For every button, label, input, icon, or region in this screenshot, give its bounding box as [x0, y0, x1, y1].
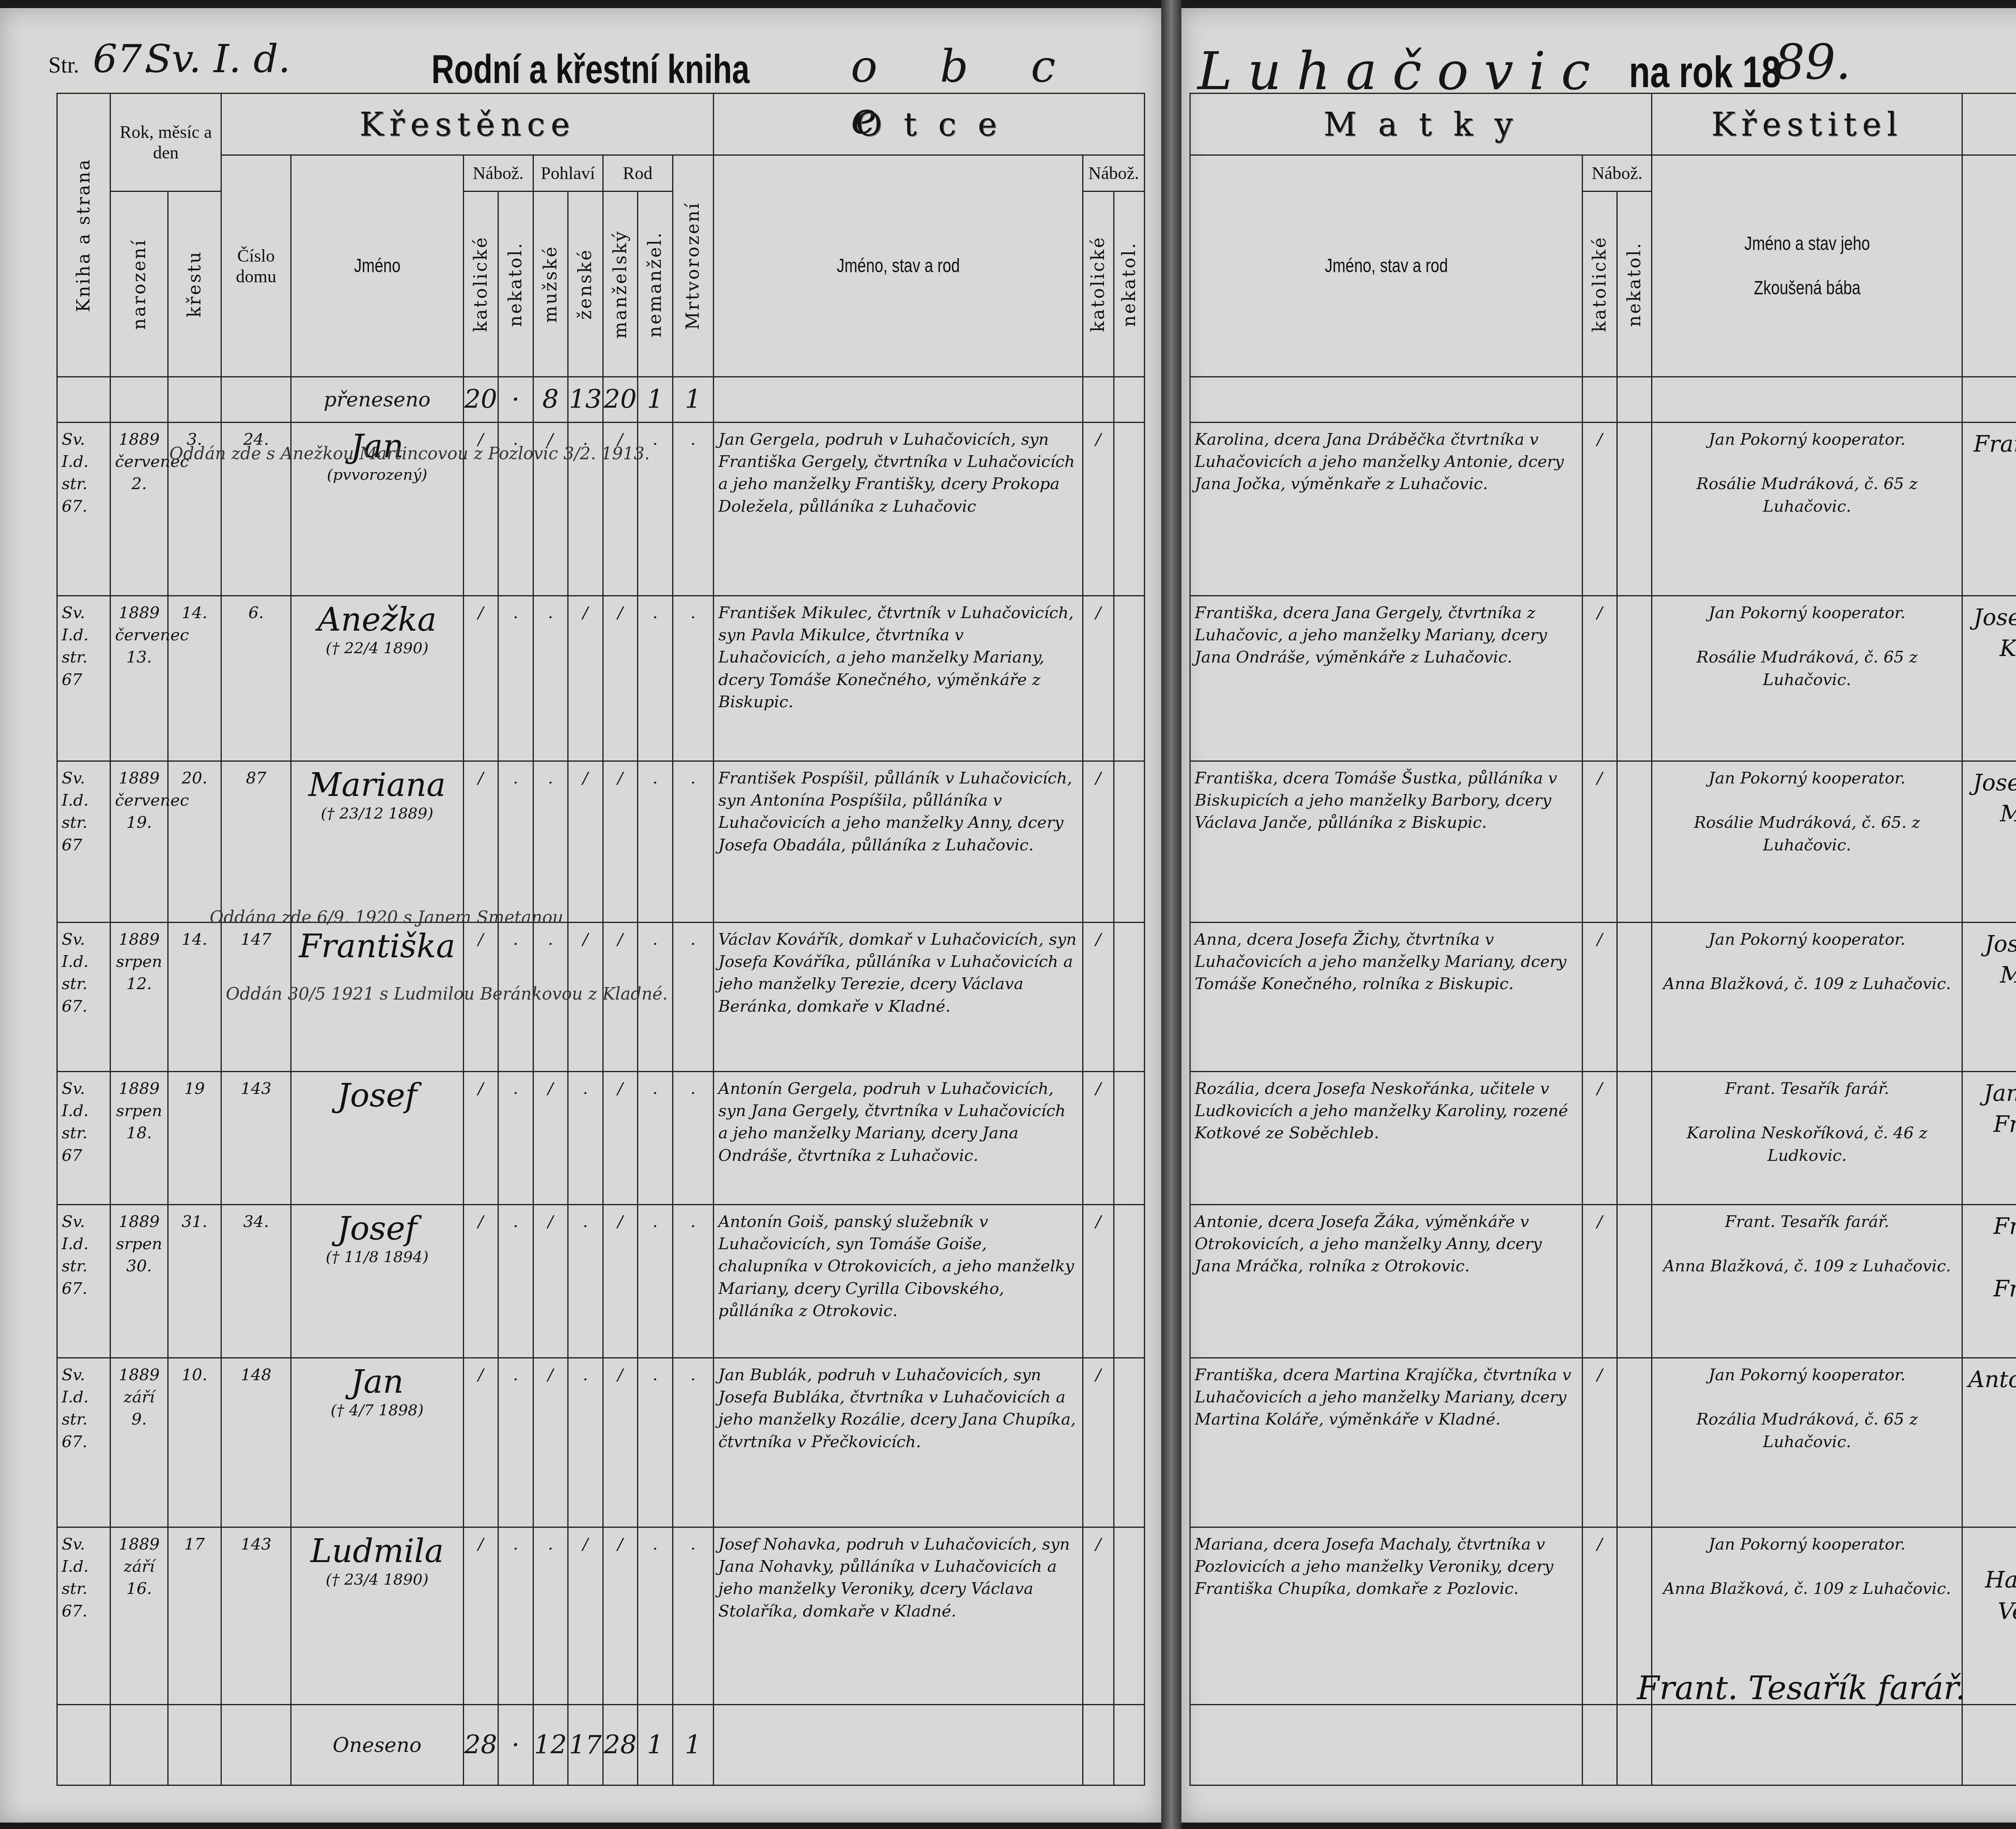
- carried-over-label: přeneseno: [291, 377, 463, 423]
- header-narozeni: narození: [110, 192, 168, 377]
- entry-mrtvorozeni: .: [673, 923, 714, 1072]
- header-kmotr-jmeno: Jméno: [1979, 155, 2016, 377]
- left-register-table: Kniha a strana Rok, měsíc a den Křestěnc…: [56, 93, 1145, 1786]
- entry-mother-katolicke: /: [1582, 423, 1617, 596]
- entry-baptism-day: 19: [168, 1072, 221, 1205]
- entry-mother: Františka, dcera Martina Krajíčka, čtvrt…: [1190, 1358, 1583, 1527]
- entry-kniha: Sv. I.d. str. 67: [57, 596, 110, 761]
- header-matky-jmeno-stav-rod: Jméno, stav a rod: [1229, 155, 1543, 377]
- entry-nekatol: .: [498, 761, 533, 923]
- entry-muzske: .: [533, 761, 568, 923]
- carried-nekatol: ·: [498, 377, 533, 423]
- entry-birth: 1889červenec19.: [110, 761, 168, 923]
- entry-baptizer: Jan Pokorný kooperator.Rosálie Mudráková…: [1652, 596, 1962, 761]
- entry-row: Sv. I.d. str. 67. 1889září16. 17 143 Lud…: [57, 1527, 1145, 1705]
- entry-baptizer: Frant. Tesařík farář.Karolina Neskoříkov…: [1652, 1072, 1962, 1205]
- year-label: na rok 18: [1629, 46, 1781, 98]
- entry-mother-katolicke: /: [1582, 1527, 1617, 1705]
- entry-kniha: Sv. I.d. str. 67.: [57, 1358, 110, 1527]
- carried-manzelsky: 20: [603, 377, 638, 423]
- entry-kniha: Sv. I.d. str. 67.: [57, 1527, 110, 1705]
- header-krestu: křestu: [168, 192, 221, 377]
- entry-row-right: Antonie, dcera Josefa Žáka, výměnkáře v …: [1190, 1205, 2016, 1358]
- carried-zenske: 13: [568, 377, 603, 423]
- header-otce-katolicke: katolické: [1083, 192, 1114, 377]
- header-rok-mesic-den: Rok, měsíc a den: [110, 94, 221, 192]
- header-krestitel-sub: Jméno a stav jehoZkoušená bába: [1683, 155, 1931, 377]
- header-kmotruv: Kmotrův: [1962, 94, 2016, 155]
- header-kniha-strana: Kniha a strana: [57, 94, 110, 377]
- entry-katolicke: /: [463, 1205, 498, 1358]
- entry-mother: Karolina, dcera Jana Dráběčka čtvrtníka …: [1190, 423, 1583, 596]
- entry-katolicke: /: [463, 1072, 498, 1205]
- header-rod: Rod: [603, 155, 673, 192]
- entry-baptizer: Jan Pokorný kooperator.Anna Blažková, č.…: [1652, 923, 1962, 1072]
- header-matky-naboz: Nábož.: [1582, 155, 1652, 192]
- entry-nekatol: .: [498, 596, 533, 761]
- entry-father: František Pospíšil, půlláník v Luhačovic…: [714, 761, 1083, 923]
- entry-manzelsky: /: [603, 1205, 638, 1358]
- book-title: Rodní a křestní kniha: [431, 46, 750, 93]
- header-krestence: Křestěnce: [221, 94, 714, 155]
- entry-row-right: Rozália, dcera Josefa Neskořánka, učitel…: [1190, 1072, 2016, 1205]
- entry-father-katolicke: /: [1083, 1358, 1114, 1527]
- entry-baptism-day: 14.: [168, 596, 221, 761]
- entry-father: Václav Kovářík, domkař v Luhačovicích, s…: [714, 923, 1083, 1072]
- entry-row: Sv. I.d. str. 67 1889červenec19. 20. 87 …: [57, 761, 1145, 923]
- entry-muzske: /: [533, 1358, 568, 1527]
- entry-nemanzel: .: [638, 1072, 673, 1205]
- entry-row: Sv. I.d. str. 67. 1889září9. 10. 148 Jan…: [57, 1358, 1145, 1527]
- entry-father: Antonín Gergela, podruh v Luhačovicích, …: [714, 1072, 1083, 1205]
- entry-father: František Mikulec, čtvrtník v Luhačovicí…: [714, 596, 1083, 761]
- entry-nekatol: .: [498, 1072, 533, 1205]
- header-otce-naboz: Nábož.: [1083, 155, 1145, 192]
- header-otce: O t c e: [714, 94, 1145, 155]
- header-katolicke: katolické: [463, 192, 498, 377]
- entry-godparent-name: Josef Šťastný Karolina: [1962, 596, 2016, 761]
- header-pohlavi: Pohlaví: [533, 155, 603, 192]
- carried-nemanzel: 1: [638, 377, 673, 423]
- carried-forward-label: Oneseno: [291, 1705, 463, 1785]
- header-otce-nekatol: nekatol.: [1114, 192, 1144, 377]
- forward-manzelsky: 28: [603, 1705, 638, 1785]
- entry-mother-katolicke: /: [1582, 1358, 1617, 1527]
- entry-child-name: Josef(† 11/8 1894): [291, 1205, 463, 1358]
- year-suffix: 89.: [1774, 34, 1851, 90]
- entry-godparent-name: František Klein Františka: [1962, 1205, 2016, 1358]
- entry-muzske: /: [533, 1072, 568, 1205]
- entry-godparent-name: Josef Žichá Mariana: [1962, 923, 2016, 1072]
- header-nekatol: nekatol.: [498, 192, 533, 377]
- entry-row-right: Františka, dcera Martina Krajíčka, čtvrt…: [1190, 1358, 2016, 1527]
- entry-manzelsky: /: [603, 596, 638, 761]
- entry-godparent-name: Anton Vojtěch Anna: [1962, 1358, 2016, 1527]
- carried-mrtvorozeni: 1: [673, 377, 714, 423]
- entry-zenske: .: [568, 1072, 603, 1205]
- entry-baptism-day: 20.: [168, 761, 221, 923]
- marriage-note-entry-1: Oddán zde s Anežkou Martincovou z Pozlov…: [169, 444, 650, 463]
- page-label: Str.: [48, 52, 79, 78]
- entry-baptism-day: 10.: [168, 1358, 221, 1527]
- entry-mother: Anna, dcera Josefa Žichy, čtvrtníka v Lu…: [1190, 923, 1583, 1072]
- entry-birth: 1889červenec13.: [110, 596, 168, 761]
- entry-katolicke: /: [463, 596, 498, 761]
- entry-mother-katolicke: /: [1582, 923, 1617, 1072]
- entry-row-right: Karolina, dcera Jana Dráběčka čtvrtníka …: [1190, 423, 2016, 596]
- entry-mother: Mariana, dcera Josefa Machaly, čtvrtníka…: [1190, 1527, 1583, 1705]
- entry-nemanzel: .: [638, 1527, 673, 1705]
- register-spread: Str. 67. Sv. I. d. Rodní a křestní kniha…: [0, 0, 2016, 1829]
- entry-nemanzel: .: [638, 1358, 673, 1527]
- entry-mother: Rozália, dcera Josefa Neskořánka, učitel…: [1190, 1072, 1583, 1205]
- forward-nekatol: ·: [498, 1705, 533, 1785]
- entry-baptizer: Jan Pokorný kooperator.Rosálie Mudráková…: [1652, 761, 1962, 923]
- right-page: Luhačovic na rok 18 89. M a t k y Křesti…: [1181, 8, 2016, 1823]
- entry-row-right: Františka, dcera Jana Gergely, čtvrtníka…: [1190, 596, 2016, 761]
- entry-nekatol: .: [498, 1205, 533, 1358]
- header-krestitel: Křestitel: [1652, 94, 1962, 155]
- entry-nekatol: .: [498, 1358, 533, 1527]
- entry-mrtvorozeni: .: [673, 761, 714, 923]
- entry-manzelsky: /: [603, 1072, 638, 1205]
- entry-godparent-name: Josef Pospíšil Mariana: [1962, 761, 2016, 923]
- left-title-row: Str. 67. Sv. I. d. Rodní a křestní kniha…: [0, 24, 1161, 89]
- entry-katolicke: /: [463, 761, 498, 923]
- entry-father-katolicke: /: [1083, 1527, 1114, 1705]
- left-page: Str. 67. Sv. I. d. Rodní a křestní kniha…: [0, 8, 1167, 1823]
- entry-house: 6.: [221, 596, 291, 761]
- carried-muzske: 8: [533, 377, 568, 423]
- entry-father-katolicke: /: [1083, 1072, 1114, 1205]
- entry-child-name: Mariana(† 23/12 1889): [291, 761, 463, 923]
- entry-child-name: Jan(† 4/7 1898): [291, 1358, 463, 1527]
- carried-katolicke: 20: [463, 377, 498, 423]
- entry-birth: 1889srpen30.: [110, 1205, 168, 1358]
- entry-father: Jan Gergela, podruh v Luhačovicích, syn …: [714, 423, 1083, 596]
- entry-nekatol: .: [498, 1527, 533, 1705]
- forward-mrtvorozeni: 1: [673, 1705, 714, 1785]
- header-jmeno: Jméno: [308, 155, 446, 377]
- entry-baptizer: Jan Pokorný kooperator.Rosálie Mudráková…: [1652, 423, 1962, 596]
- entry-house: 143: [221, 1072, 291, 1205]
- entry-kniha: Sv. I.d. str. 67: [57, 1072, 110, 1205]
- entry-birth: 1889srpen18.: [110, 1072, 168, 1205]
- entry-child-name: Ludmila(† 23/4 1890): [291, 1527, 463, 1705]
- entry-kniha: Sv. I.d. str. 67.: [57, 923, 110, 1072]
- entry-row: Sv. I.d. str. 67 1889srpen18. 19 143 Jos…: [57, 1072, 1145, 1205]
- header-otce-jmeno-stav-rod: Jméno, stav a rod: [750, 155, 1046, 377]
- entry-manzelsky: /: [603, 761, 638, 923]
- header-mrtvorozeni: Mrtvorození: [673, 155, 714, 377]
- entry-row-right: Anna, dcera Josefa Žichy, čtvrtníka v Lu…: [1190, 923, 2016, 1072]
- header-zenske: ženské: [568, 192, 603, 377]
- entry-zenske: .: [568, 1358, 603, 1527]
- entry-godparent-name: Jan Hanovecký Veronika: [1962, 1527, 2016, 1705]
- carried-over-row: přeneseno 20 · 8 13 20 1 1: [57, 377, 1145, 423]
- entry-house: 34.: [221, 1205, 291, 1358]
- marriage-note-entry-5: Oddán 30/5 1921 s Ludmilou Beránkovou z …: [226, 984, 668, 1004]
- entry-mrtvorozeni: .: [673, 1072, 714, 1205]
- entry-birth: 1889září16.: [110, 1527, 168, 1705]
- marriage-note-entry-4: Oddána zde 6/9. 1920 s Janem Smetanou: [210, 907, 563, 927]
- entry-father: Antonín Goiš, panský služebník v Luhačov…: [714, 1205, 1083, 1358]
- entry-zenske: /: [568, 761, 603, 923]
- entry-house: 148: [221, 1358, 291, 1527]
- entry-katolicke: /: [463, 1358, 498, 1527]
- entry-mrtvorozeni: .: [673, 1205, 714, 1358]
- entry-kniha: Sv. I.d. str. 67.: [57, 423, 110, 596]
- entry-row-right: Františka, dcera Tomáše Šustka, půlláník…: [1190, 761, 2016, 923]
- entry-baptism-day: 31.: [168, 1205, 221, 1358]
- entry-nemanzel: .: [638, 761, 673, 923]
- priest-signature: Frant. Tesařík farář.: [1637, 1669, 1966, 1707]
- entry-house: 143: [221, 1527, 291, 1705]
- entry-father-katolicke: /: [1083, 761, 1114, 923]
- right-title-row: Luhačovic na rok 18 89.: [1181, 24, 2016, 89]
- entry-father-katolicke: /: [1083, 596, 1114, 761]
- entry-manzelsky: /: [603, 1358, 638, 1527]
- entry-father: Josef Nohavka, podruh v Luhačovicích, sy…: [714, 1527, 1083, 1705]
- entry-father-katolicke: /: [1083, 923, 1114, 1072]
- forward-zenske: 17: [568, 1705, 603, 1785]
- entry-mother: Františka, dcera Tomáše Šustka, půlláník…: [1190, 761, 1583, 923]
- entry-katolicke: /: [463, 1527, 498, 1705]
- forward-katolicke: 28: [463, 1705, 498, 1785]
- header-matky-nekatol: nekatol.: [1617, 192, 1652, 377]
- entry-godparent-name: Jan Dolezal Františka: [1962, 1072, 2016, 1205]
- entry-nemanzel: .: [638, 1205, 673, 1358]
- header-matky: M a t k y: [1190, 94, 1652, 155]
- entry-mrtvorozeni: .: [673, 423, 714, 596]
- entry-father-katolicke: /: [1083, 423, 1114, 596]
- header-muzske: mužské: [533, 192, 568, 377]
- entry-father-katolicke: /: [1083, 1205, 1114, 1358]
- entry-row: Sv. I.d. str. 67. 1889srpen30. 31. 34. J…: [57, 1205, 1145, 1358]
- entry-manzelsky: /: [603, 1527, 638, 1705]
- entry-birth: 1889září9.: [110, 1358, 168, 1527]
- entry-row: Sv. I.d. str. 67 1889červenec13. 14. 6. …: [57, 596, 1145, 761]
- entry-muzske: /: [533, 1205, 568, 1358]
- entry-house: 87: [221, 761, 291, 923]
- entry-baptism-day: 14.: [168, 923, 221, 1072]
- carried-forward-row: Oneseno 28 · 12 17 28 1 1: [57, 1705, 1145, 1785]
- entry-mother: Františka, dcera Jana Gergely, čtvrtníka…: [1190, 596, 1583, 761]
- entry-nemanzel: .: [638, 596, 673, 761]
- header-matky-katolicke: katolické: [1582, 192, 1617, 377]
- entry-kniha: Sv. I.d. str. 67: [57, 761, 110, 923]
- header-nemanzel: nemanžel.: [638, 192, 673, 377]
- entry-baptism-day: 17: [168, 1527, 221, 1705]
- entry-zenske: /: [568, 1527, 603, 1705]
- header-manzelsky: manželský: [603, 192, 638, 377]
- entry-birth: 1889červenec2.: [110, 423, 168, 596]
- entry-godparent-name: Franc Hanák Anna: [1962, 423, 2016, 596]
- entry-child-name: Josef: [291, 1072, 463, 1205]
- entry-birth: 1889srpen12.: [110, 923, 168, 1072]
- entry-muzske: .: [533, 1527, 568, 1705]
- entry-mother: Antonie, dcera Josefa Žáka, výměnkáře v …: [1190, 1205, 1583, 1358]
- entry-zenske: .: [568, 1205, 603, 1358]
- header-naboz: Nábož.: [463, 155, 533, 192]
- forward-nemanzel: 1: [638, 1705, 673, 1785]
- entry-kniha: Sv. I.d. str. 67.: [57, 1205, 110, 1358]
- entry-mother-katolicke: /: [1582, 761, 1617, 923]
- volume-label: Sv. I. d.: [145, 36, 291, 81]
- entry-zenske: /: [568, 596, 603, 761]
- right-register-table: M a t k y Křestitel Kmotrův Jméno, stav …: [1189, 93, 2016, 1786]
- entry-mother-katolicke: /: [1582, 1205, 1617, 1358]
- entry-muzske: .: [533, 596, 568, 761]
- entry-baptizer: Jan Pokorný kooperator.Rozália Mudráková…: [1652, 1358, 1962, 1527]
- entry-mother-katolicke: /: [1582, 596, 1617, 761]
- forward-muzske: 12: [533, 1705, 568, 1785]
- entry-mrtvorozeni: .: [673, 596, 714, 761]
- header-cislo-domu: Číslo domu: [221, 155, 291, 377]
- entry-mrtvorozeni: .: [673, 1358, 714, 1527]
- book-gutter: [1161, 0, 1181, 1829]
- entry-baptizer: Frant. Tesařík farář.Anna Blažková, č. 1…: [1652, 1205, 1962, 1358]
- entry-child-name: Anežka(† 22/4 1890): [291, 596, 463, 761]
- entry-father: Jan Bublák, podruh v Luhačovicích, syn J…: [714, 1358, 1083, 1527]
- entry-mrtvorozeni: .: [673, 1527, 714, 1705]
- entry-mother-katolicke: /: [1582, 1072, 1617, 1205]
